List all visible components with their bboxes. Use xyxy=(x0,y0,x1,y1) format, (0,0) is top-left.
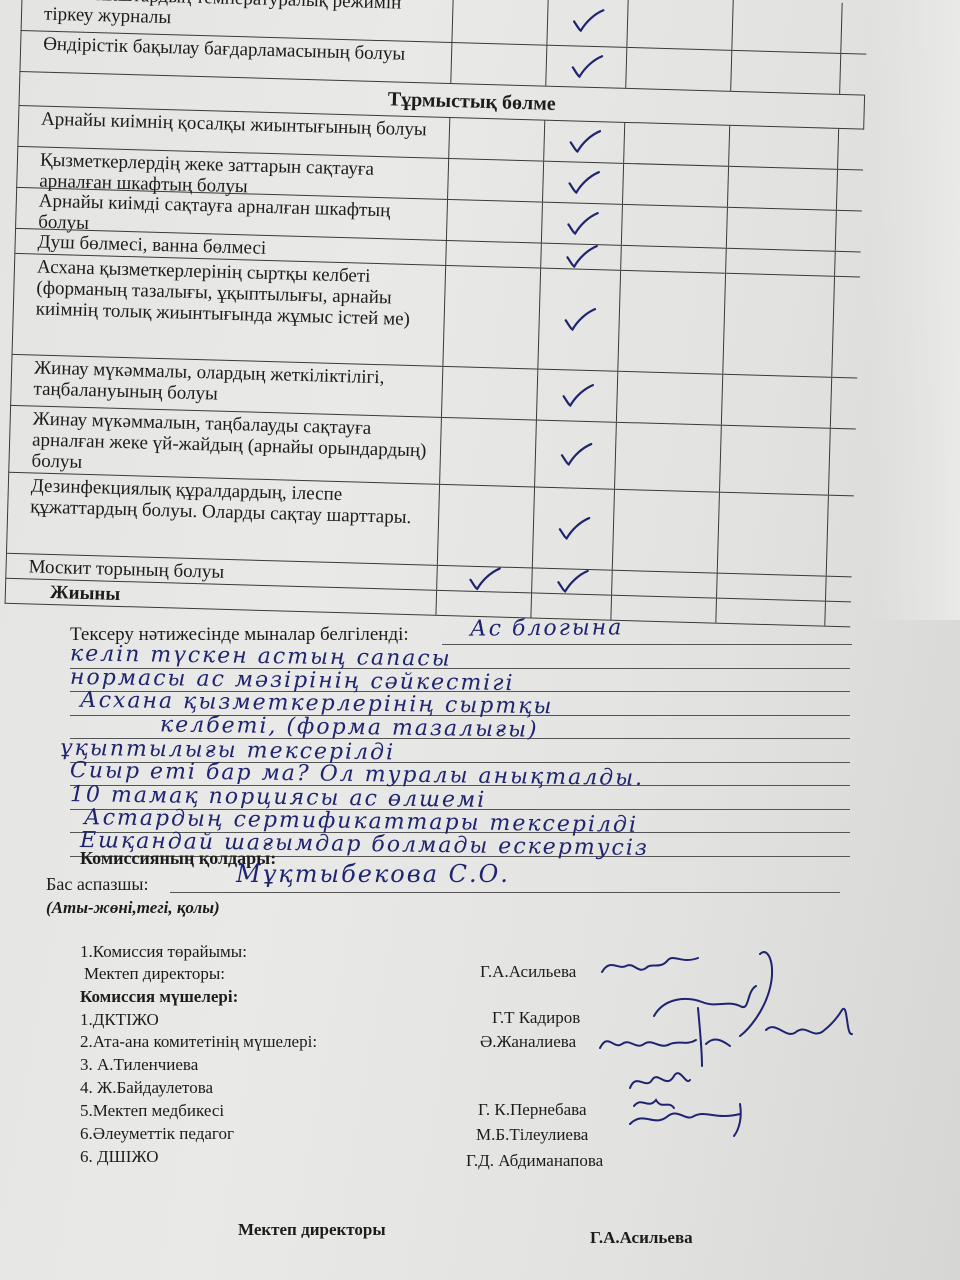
check-cell-2[interactable] xyxy=(546,0,627,47)
member-role: 3. А.Тиленчиева xyxy=(80,1055,198,1075)
check-cell-1[interactable] xyxy=(446,200,542,243)
member-role: 2.Ата-ана комитетінің мүшелері: xyxy=(80,1032,317,1052)
check-cell-2[interactable] xyxy=(531,568,612,594)
check-cell-3[interactable] xyxy=(616,372,722,425)
checkmark-icon xyxy=(569,7,606,34)
check-cell-4[interactable] xyxy=(722,274,835,377)
member-role: 1.Комиссия төрайымы: xyxy=(80,942,247,962)
checkmark-icon xyxy=(555,515,592,542)
checkmark-icon xyxy=(554,568,591,595)
member-signatures-scribbles xyxy=(590,940,870,1140)
check-cell-2[interactable] xyxy=(545,46,626,88)
check-cell-4[interactable] xyxy=(728,126,839,169)
check-cell-1[interactable] xyxy=(451,0,547,45)
check-cell-1[interactable] xyxy=(445,241,541,268)
check-cell-1[interactable] xyxy=(448,118,544,161)
check-cell-2[interactable] xyxy=(540,244,621,270)
member-name: М.Б.Тілеулиева xyxy=(476,1125,588,1145)
document-photo: ...азыткыштардың температуралық режимін … xyxy=(0,0,960,1280)
paper-edge-shade xyxy=(870,0,960,620)
check-cell-3[interactable] xyxy=(620,246,726,273)
checkmark-icon xyxy=(557,441,594,468)
member-role: 6.Әлеуметтік педагог xyxy=(80,1124,234,1144)
row-label: Дезинфекциялық құралдардың, ілеспе құжат… xyxy=(7,473,439,565)
check-cell-1[interactable] xyxy=(441,367,537,420)
check-cell-2[interactable] xyxy=(541,203,622,245)
check-cell-3[interactable] xyxy=(622,164,728,207)
check-cell-3[interactable] xyxy=(614,423,721,492)
checkmark-icon xyxy=(466,566,503,593)
row-label: Асхана қызметкерлерінің сыртқы келбеті (… xyxy=(13,254,446,366)
check-cell-1[interactable] xyxy=(439,418,536,487)
member-role: 5.Мектеп медбикесі xyxy=(80,1101,224,1121)
member-role: 4. Ж.Байдаулетова xyxy=(80,1078,213,1098)
check-cell-2[interactable] xyxy=(537,269,620,371)
checkmark-icon xyxy=(568,53,605,80)
member-name: Г.А.Асильева xyxy=(480,962,576,982)
check-cell-2[interactable] xyxy=(543,121,624,163)
check-cell-2[interactable] xyxy=(536,370,617,422)
member-role: Комиссия мүшелері: xyxy=(80,987,238,1007)
check-cell-4[interactable] xyxy=(726,208,837,251)
check-cell-3[interactable] xyxy=(626,0,732,50)
checkmark-icon xyxy=(564,210,601,237)
checkmark-icon xyxy=(565,169,602,196)
checkmark-icon xyxy=(566,128,603,155)
footer-name: Г.А.Асильева xyxy=(590,1228,693,1248)
checklist-table: ...азыткыштардың температуралық режимін … xyxy=(5,0,868,627)
check-cell-1[interactable] xyxy=(447,159,543,202)
member-role: Мектеп директоры: xyxy=(84,964,225,984)
check-cell-1[interactable] xyxy=(436,566,532,593)
check-cell-4[interactable] xyxy=(721,375,832,428)
check-cell-3[interactable] xyxy=(625,48,731,91)
check-cell-3[interactable] xyxy=(612,490,719,573)
checkmark-icon xyxy=(561,306,598,333)
chef-caption: (Аты-жөні,тегі, қолы) xyxy=(46,898,220,918)
check-cell-2[interactable] xyxy=(542,162,623,204)
check-cell-4[interactable] xyxy=(719,426,831,495)
ruled-line xyxy=(442,644,852,645)
handwritten-finding: Ас блогына xyxy=(470,615,624,641)
check-cell-2[interactable] xyxy=(534,421,616,489)
check-cell-4[interactable] xyxy=(730,51,841,94)
check-cell-3[interactable] xyxy=(610,596,716,623)
check-cell-4[interactable] xyxy=(727,167,838,210)
checkmark-icon xyxy=(563,243,600,270)
check-cell-2[interactable] xyxy=(532,487,614,569)
check-cell-1[interactable] xyxy=(450,43,546,86)
check-cell-4[interactable] xyxy=(717,493,829,576)
checkmark-icon xyxy=(559,382,596,409)
member-role: 1.ДКТІЖО xyxy=(80,1010,159,1030)
member-name: Ә.Жаналиева xyxy=(480,1032,576,1052)
member-name: Г. К.Пернебава xyxy=(478,1100,587,1120)
check-cell-1[interactable] xyxy=(435,591,531,618)
member-role: 6. ДШІЖО xyxy=(80,1147,159,1167)
check-cell-4[interactable] xyxy=(725,249,836,276)
check-cell-3[interactable] xyxy=(611,571,717,598)
row-label: Жинау мүкәммалын, таңбалауды сақтауға ар… xyxy=(9,406,441,484)
check-cell-3[interactable] xyxy=(623,123,729,166)
check-cell-4[interactable] xyxy=(715,599,826,626)
chef-label: Бас аспазшы: xyxy=(46,874,148,895)
check-cell-3[interactable] xyxy=(617,271,725,374)
check-cell-4[interactable] xyxy=(716,574,827,601)
check-cell-1[interactable] xyxy=(442,266,540,369)
check-cell-3[interactable] xyxy=(621,205,727,248)
chef-handwritten-name: Мұқтыбекова С.О. xyxy=(236,860,510,888)
chef-signature-line xyxy=(170,892,840,893)
check-cell-4[interactable] xyxy=(731,0,842,53)
member-name: Г.Т Кадиров xyxy=(492,1008,580,1028)
footer-role: Мектеп директоры xyxy=(238,1220,386,1240)
member-name: Г.Д. Абдиманапова xyxy=(466,1151,603,1171)
check-cell-1[interactable] xyxy=(437,485,534,568)
